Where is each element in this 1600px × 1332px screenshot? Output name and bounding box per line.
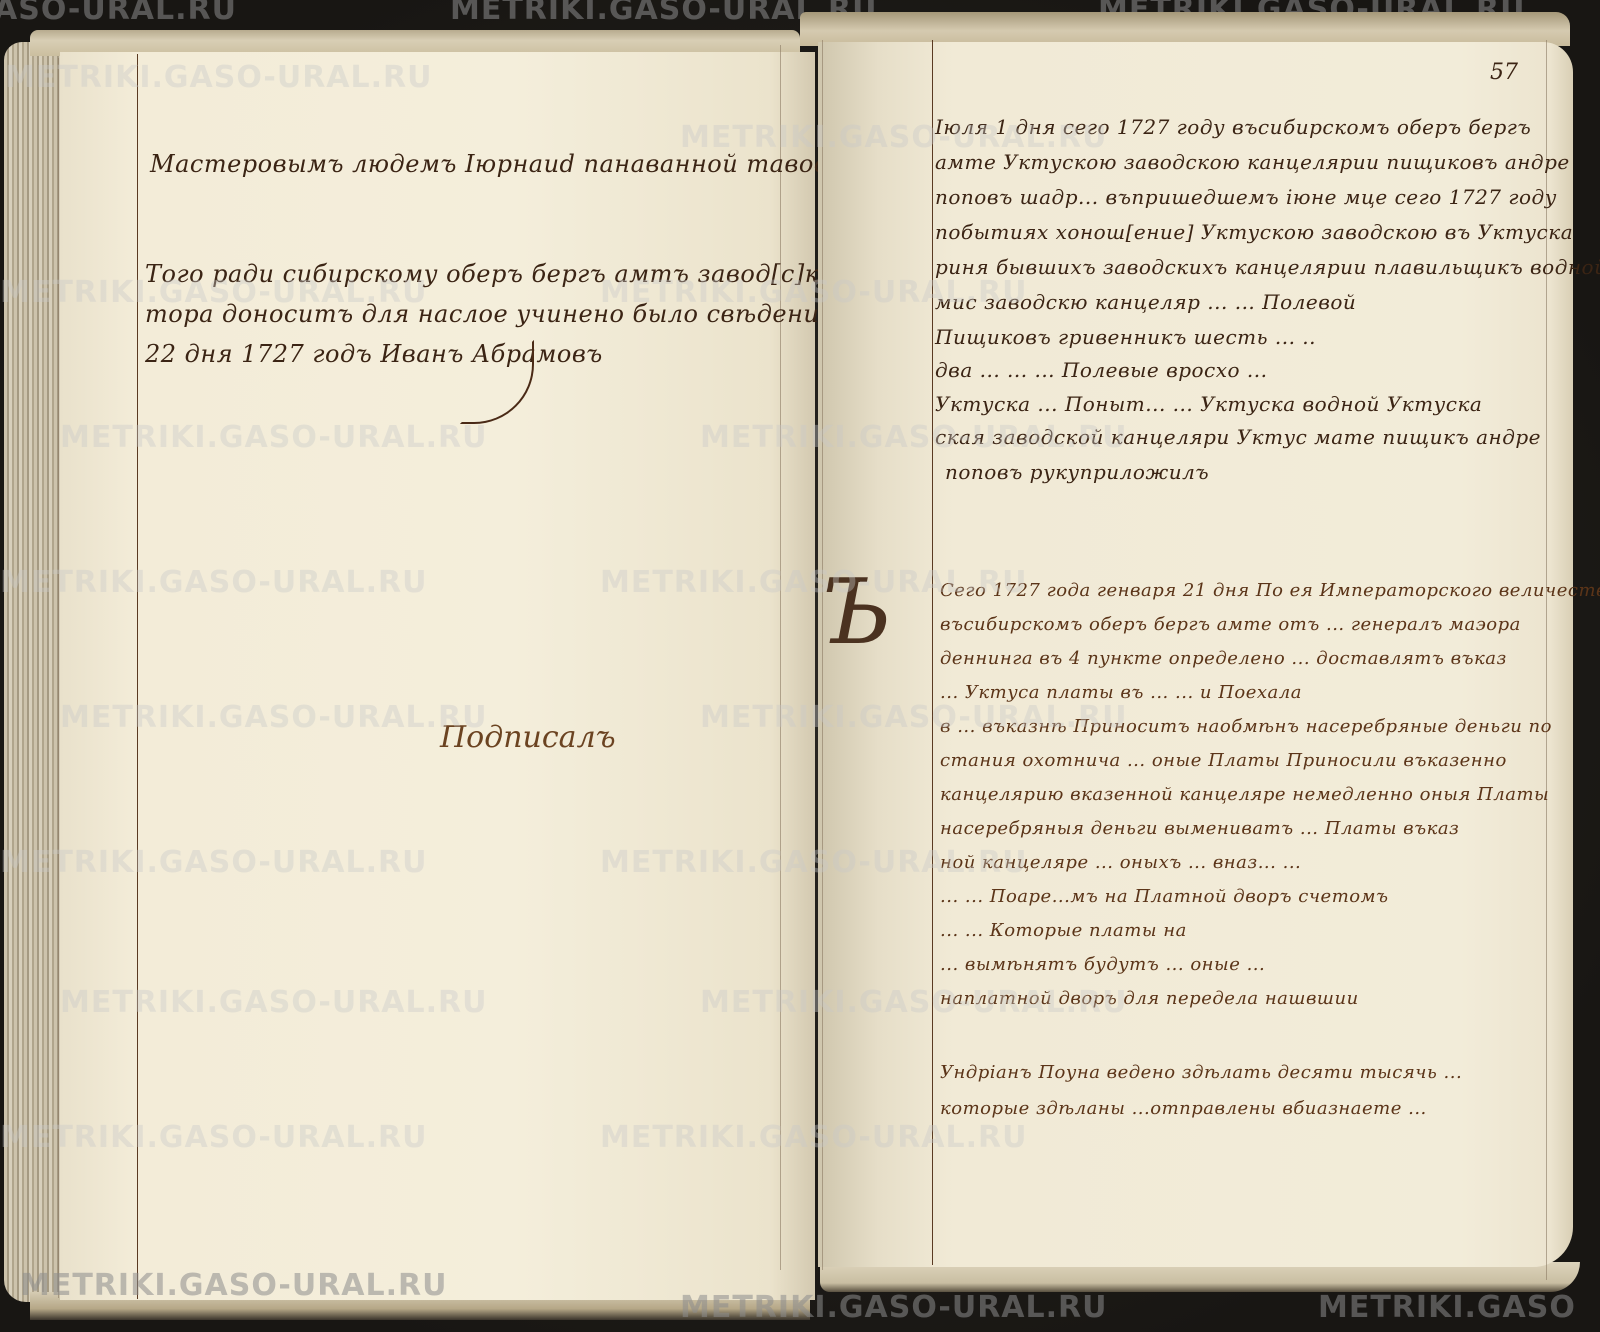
entry-2-line: ... ... Которые платы на (940, 920, 1187, 941)
left-heading: Мастеровымъ людемъ Iюрнаиd панаванной та… (150, 150, 867, 178)
watermark: METRIKI.GASO (1318, 1290, 1576, 1325)
entry-3-line: Ундрiанъ Поуна ведено здѣлать десяти тыс… (940, 1062, 1462, 1083)
left-page-outer-rule (58, 58, 59, 1298)
entry-2-line: деннинга въ 4 пункте определено ... дост… (940, 648, 1507, 669)
scan-image: ASO-URAL.RU METRIKI.GASO-URAL.RU METRIKI… (0, 0, 1600, 1332)
entry-1-line: амте Уктускою заводскою канцелярии пищик… (935, 150, 1570, 174)
entry-2-line: ... Уктуса платы въ ... ... и Поехала (940, 682, 1302, 703)
watermark: ASO-URAL.RU (0, 0, 237, 27)
entry-2-line: наплатной дворъ для передела нашвшии (940, 988, 1359, 1009)
signature: Подписалъ (440, 720, 616, 755)
gutter-margin-mark: Ъ (820, 560, 892, 665)
entry-2-line: стания охотнича ... оные Платы Приносили… (940, 750, 1507, 771)
right-margin-rule (932, 40, 933, 1265)
entry-1-line: два ... ... ... Полевые вросхо ... (935, 358, 1268, 382)
gutter-rule-left (780, 45, 781, 1270)
left-margin-rule (137, 54, 138, 1299)
entry-1-line: риня бывшихъ заводскихъ канцелярии плави… (935, 255, 1600, 279)
entry-2-line: Сего 1727 года генваря 21 дня По ея Импе… (940, 580, 1600, 601)
entry-1-line: ская заводской канцеляри Уктус мате пищи… (935, 425, 1541, 449)
left-paragraph-line: тора доноситъ для наслоe учинено было св… (145, 300, 915, 328)
page-stack-top-edge-right (800, 12, 1570, 46)
entry-2-line: в ... въказнѣ Приноситъ наобмѣнъ насереб… (940, 716, 1552, 737)
entry-3-line: которые здѣланы ...отправлены вбиазнаете… (940, 1098, 1427, 1119)
entry-2-line: ... ... Поаре...мъ на Платной дворъ счет… (940, 886, 1389, 907)
entry-1-line: поповъ рукуприложилъ (945, 460, 1209, 484)
page-stack-left-edge (4, 42, 64, 1302)
entry-1-line: поповъ шадр... въпришедшемъ iюне мце сег… (935, 185, 1557, 209)
left-paragraph-line: 22 дня 1727 годъ Иванъ Абрамовъ (145, 340, 603, 368)
left-page (60, 52, 815, 1300)
entry-2-line: въсибирскомъ оберъ бергъ амте отъ ... ге… (940, 614, 1521, 635)
entry-1-line: мис заводскю канцеляр ... ... Полевой (935, 290, 1356, 314)
entry-1-line: Пищиковъ гривенникъ шесть ... .. (935, 325, 1316, 349)
left-paragraph-line: Того ради сибирскому оберъ бергъ амтъ за… (145, 260, 921, 288)
entry-1-line: Уктуска ... Поныт... ... Уктуска водной … (935, 392, 1482, 416)
entry-1-line: Iюля 1 дня сего 1727 году въсибирскомъ о… (935, 115, 1531, 139)
page-number: 57 (1490, 60, 1518, 85)
entry-2-line: насеребряныя деньги вымениватъ ... Платы… (940, 818, 1459, 839)
entry-2-line: ... вымѣнятъ будутъ ... оные ... (940, 954, 1265, 975)
entry-2-line: канцелярию вказенной канцеляре немедленн… (940, 784, 1549, 805)
entry-1-line: побытиях хонош[ение] Уктускою заводскою … (935, 220, 1573, 244)
entry-2-line: ной канцеляре ... оныхъ ... вназ... ... (940, 852, 1301, 873)
